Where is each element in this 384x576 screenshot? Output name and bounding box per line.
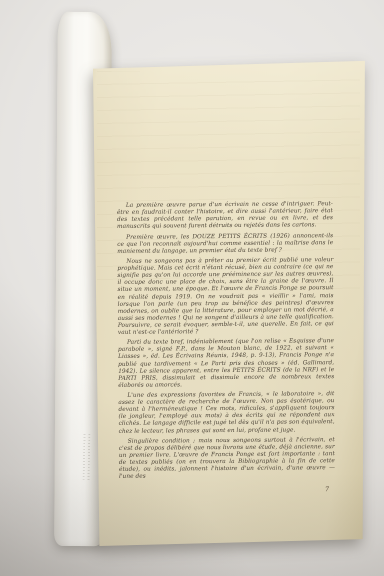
text-block: La première œuvre parue d'un écrivain ne… [117,201,335,495]
page-number: 7 [119,487,335,496]
paragraph: Parti du texte bref, indéniablement (que… [118,338,334,389]
paragraph: La première œuvre parue d'un écrivain ne… [117,201,333,231]
paragraph: Nous ne songeons pas à prêter au premier… [117,257,334,337]
paragraph: Première œuvre, les DOUZE PETITS ÉCRITS … [117,233,333,256]
book-page-wrapper: La première œuvre parue d'un écrivain ne… [86,56,366,546]
photo-background: La première œuvre parue d'un écrivain ne… [0,0,384,576]
margin-annotation [83,432,91,480]
book-page: La première œuvre parue d'un écrivain ne… [86,56,366,546]
paragraph: L'une des expressions favorites de Franc… [118,391,334,435]
paragraph: Singulière condition ; mais nous songeon… [119,437,335,481]
